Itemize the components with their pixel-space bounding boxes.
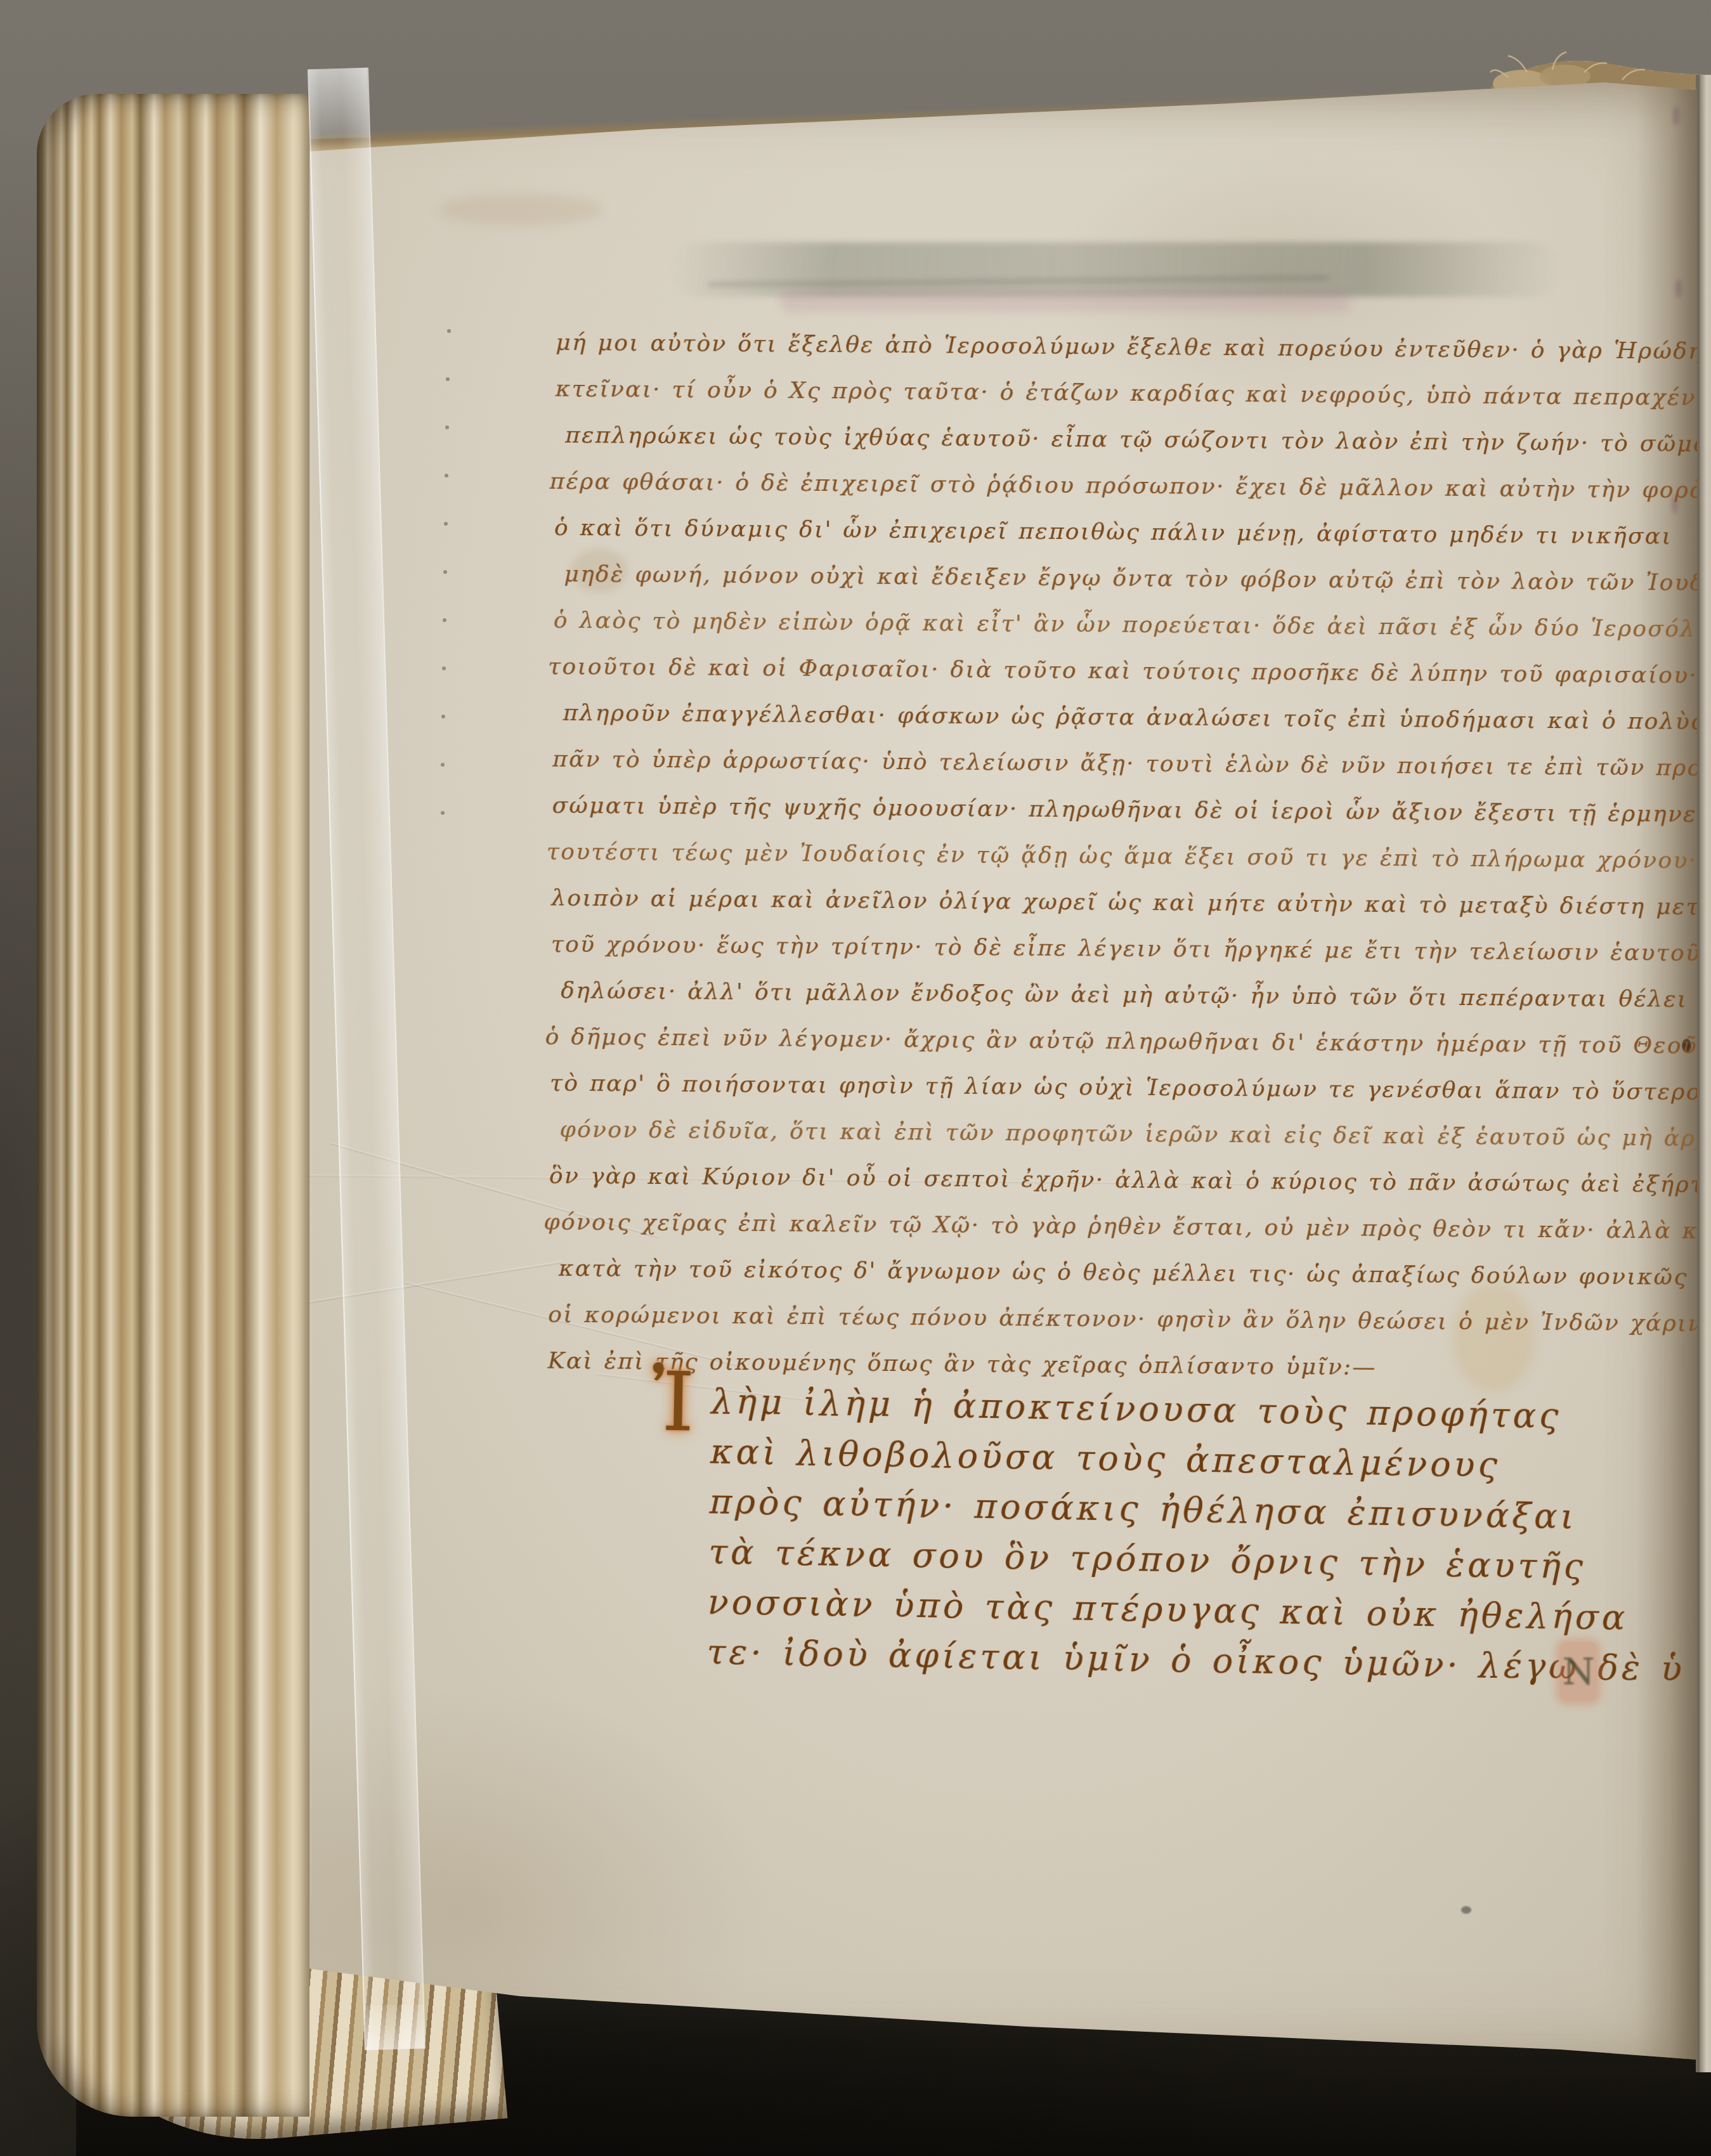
commentary-line: ὁ λαὸς τὸ μηδὲν εἰπὼν ὁρᾷ καὶ εἶτ' ἂν ὧν… — [554, 597, 1582, 652]
commentary-line: σώματι ὑπὲρ τῆς ψυχῆς ὁμοουσίαν· πληρωθῆ… — [552, 783, 1580, 837]
commentary-text-block: μή μοι αὐτὸν ὅτι ἔξελθε ἀπὸ Ἱεροσολύμων … — [547, 320, 1583, 1393]
commentary-line: πληροῦν ἐπαγγέλλεσθαι· φάσκων ὡς ῥᾷστα ἀ… — [563, 690, 1580, 744]
commentary-line: κτεῖναι· τί οὖν ὁ Χς πρὸς ταῦτα· ὁ ἐτάζω… — [555, 366, 1583, 420]
commentary-line: πέρα φθάσαι· ὁ δὲ ἐπιχειρεῖ στὸ ῥᾴδιου π… — [549, 458, 1582, 513]
manuscript-photo: μή μοι αὐτὸν ὅτι ἔξελθε ἀπὸ Ἱεροσολύμων … — [0, 0, 1711, 2156]
commentary-line: τουτέστι τέως μὲν Ἰουδαίοις ἐν τῷ ᾅδῃ ὡς… — [547, 829, 1580, 883]
gospel-quotation-block: λὴμ ἰλὴμ ἡ ἀποκτείνουσα τοὺς προφήτας κα… — [706, 1376, 1561, 1691]
commentary-line: τοῦ χρόνου· ἕως τὴν τρίτην· τὸ δὲ εἶπε λ… — [551, 921, 1579, 976]
commentary-line: φόνον δὲ εἰδυῖα, ὅτι καὶ ἐπὶ τῶν προφητῶ… — [559, 1107, 1577, 1161]
commentary-line: ὁ καὶ ὅτι δύναμις δι' ὧν ἐπιχειρεῖ πεποι… — [554, 505, 1582, 559]
commentary-line: πεπληρώκει ὡς τοὺς ἰχθύας ἑαυτοῦ· εἶπα τ… — [565, 412, 1583, 467]
quire-mark-letter: Ν — [1563, 1650, 1595, 1693]
commentary-line: πᾶν τὸ ὑπὲρ ἁρρωστίας· ὑπὸ τελείωσιν ἄξῃ… — [552, 736, 1580, 791]
facing-leaf-sliver — [1696, 75, 1711, 2072]
fore-edge-page-stack — [37, 94, 309, 2117]
commentary-line: τὸ παρ' ὃ ποιήσονται φησὶν τῇ λίαν ὡς οὐ… — [550, 1060, 1578, 1115]
ink-speck — [1461, 1906, 1471, 1914]
commentary-line: λοιπὸν αἱ μέραι καὶ ἀνεῖλον ὀλίγα χωρεῖ … — [551, 875, 1579, 930]
commentary-line: φόνοις χεῖρας ἐπὶ καλεῖν τῷ Χῷ· τὸ γὰρ ῥ… — [543, 1199, 1577, 1254]
parchment-stain — [439, 194, 604, 226]
commentary-line: οἱ κορώμενοι καὶ ἐπὶ τέως πόνου ἀπέκτονο… — [548, 1292, 1576, 1346]
washed-ink-smudge — [780, 290, 1351, 312]
commentary-line: τοιοῦτοι δὲ καὶ οἱ Φαρισαῖοι· διὰ τοῦτο … — [548, 644, 1581, 698]
erased-running-title — [672, 242, 1560, 297]
pricking-dots — [436, 325, 462, 845]
commentary-line: ὃν γὰρ καὶ Κύριον δι' οὗ οἱ σεπτοὶ ἐχρῆν… — [549, 1153, 1577, 1207]
commentary-line: μή μοι αὐτὸν ὅτι ἔξελθε ἀπὸ Ἱεροσολύμων … — [556, 320, 1584, 374]
commentary-line: μηδὲ φωνή, μόνον οὐχὶ καὶ ἔδειξεν ἔργῳ ὄ… — [564, 551, 1582, 606]
parchment-fold — [309, 114, 312, 1902]
commentary-line: κατὰ τὴν τοῦ εἰκότος δ' ἄγνωμον ὡς ὁ θεὸ… — [559, 1245, 1577, 1300]
gutter-shading — [1637, 76, 1697, 2067]
commentary-line: ὁ δῆμος ἐπεὶ νῦν λέγομεν· ἄχρις ἂν αὐτῷ … — [545, 1014, 1578, 1068]
commentary-line: δηλώσει· ἀλλ' ὅτι μᾶλλον ἔνδοξος ὢν ἀεὶ … — [561, 968, 1578, 1022]
quire-mark-stamp: Ν — [1560, 1642, 1597, 1701]
rubricated-initial: Ἰ — [651, 1361, 695, 1443]
